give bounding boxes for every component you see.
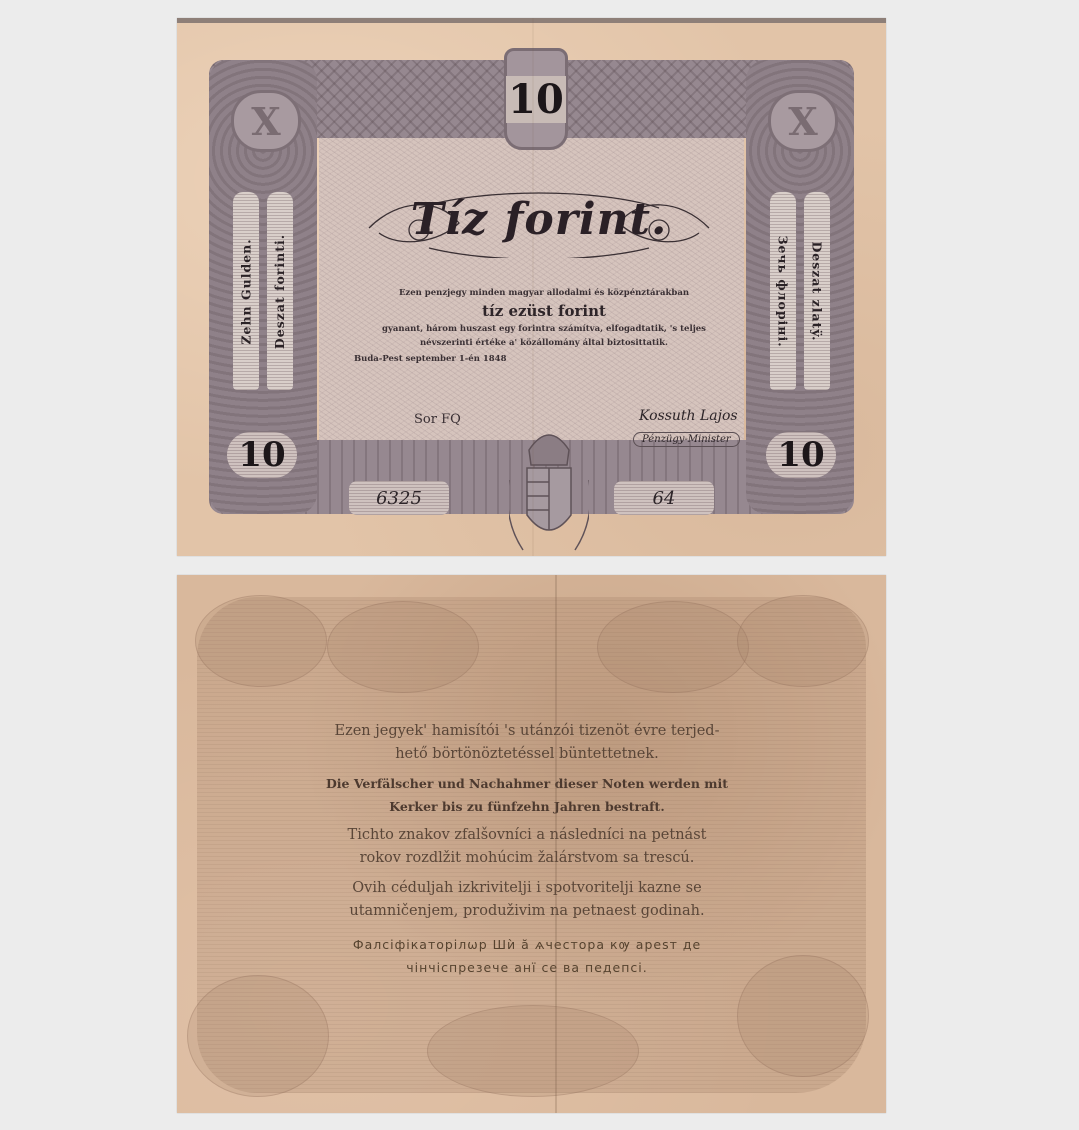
series-label: Sor FQ: [414, 412, 461, 427]
denomination-corner-right: 10: [766, 432, 836, 478]
warning-slovak-line-2: rokov rozdlžit mohúcim žalárstvom sa tre…: [297, 847, 757, 870]
warning-slovak-line-1: Tichto znakov zfalšovníci a následníci n…: [297, 824, 757, 847]
banknote-back: Ezen jegyek' hamisítói 's utánzói tizenö…: [177, 575, 886, 1113]
promise-line-2: gyanant, három huszast egy forintra szám…: [349, 324, 739, 334]
warning-romanian-line-1: Фалсіфікаторілѡр Шѝ ӑ ѧчестора кѹ ареѕт …: [297, 933, 757, 956]
warning-croatian-line-1: Ovih cédulјah izkrivitelji i spotvoritel…: [297, 877, 757, 900]
scroll-ornament: [427, 1005, 639, 1097]
note-title: Tíz forint.: [339, 194, 739, 245]
denomination-corner-left: 10: [227, 432, 297, 478]
signature: Kossuth Lajos: [639, 408, 738, 424]
promise-line-3: névszerinti értéke a' közállomány által …: [349, 338, 739, 348]
left-ribbon-serbian-text: Deszat forinti.: [273, 233, 288, 348]
scroll-ornament: [597, 601, 749, 693]
serial-number-left: 6325: [349, 481, 449, 515]
left-ribbon-serbian: Deszat forinti.: [267, 192, 293, 390]
top-denomination-cartouche: 10: [504, 48, 568, 150]
scroll-ornament: [195, 595, 327, 687]
warning-hungarian-line-2: hető börtönöztetéssel büntettetnek.: [297, 743, 757, 766]
fold-crease: [532, 18, 534, 556]
left-ribbon-german: Zehn Gulden.: [233, 192, 259, 390]
warning-german-line-2: Kerker bis zu fünfzehn Jahren bestraft.: [297, 795, 757, 818]
signature-title: Pénzügy-Minister: [633, 432, 740, 447]
promise-amount: tíz ezüst forint: [349, 302, 739, 320]
scroll-ornament: [327, 601, 479, 693]
right-ribbon-slovak: Deszat zlatÿ.: [804, 192, 830, 390]
fold-crease: [555, 575, 557, 1113]
banknote-front: X Zehn Gulden. Deszat forinti. X Зечь фл…: [177, 18, 886, 556]
right-ribbon-romanian: Зечь флоріні.: [770, 192, 796, 390]
scroll-ornament: [737, 595, 869, 687]
warning-croatian-line-2: utamničenjem, produživim na petnaest god…: [297, 900, 757, 923]
scroll-ornament: [187, 975, 329, 1097]
top-denomination: 10: [506, 76, 566, 123]
roman-ten-medallion-right: X: [768, 90, 838, 152]
right-ribbon-slovak-text: Deszat zlatÿ.: [810, 241, 825, 341]
warning-romanian-line-2: чінчіспрезече анї се ва педепсі.: [297, 956, 757, 979]
promise-line-1: Ezen penzjegy minden magyar allodalmi és…: [349, 288, 739, 298]
serial-number-right: 64: [614, 481, 714, 515]
warning-german-line-1: Die Verfälscher und Nachahmer dieser Not…: [297, 772, 757, 795]
roman-ten-medallion-left: X: [231, 90, 301, 152]
left-ribbon-german-text: Zehn Gulden.: [239, 238, 254, 344]
right-ribbon-romanian-text: Зечь флоріні.: [776, 235, 791, 347]
coat-of-arms-icon: [509, 420, 589, 556]
warning-hungarian-line-1: Ezen jegyek' hamisítói 's utánzói tizenö…: [297, 720, 757, 743]
place-and-date: Buda-Pest september 1-én 1848: [354, 354, 744, 364]
